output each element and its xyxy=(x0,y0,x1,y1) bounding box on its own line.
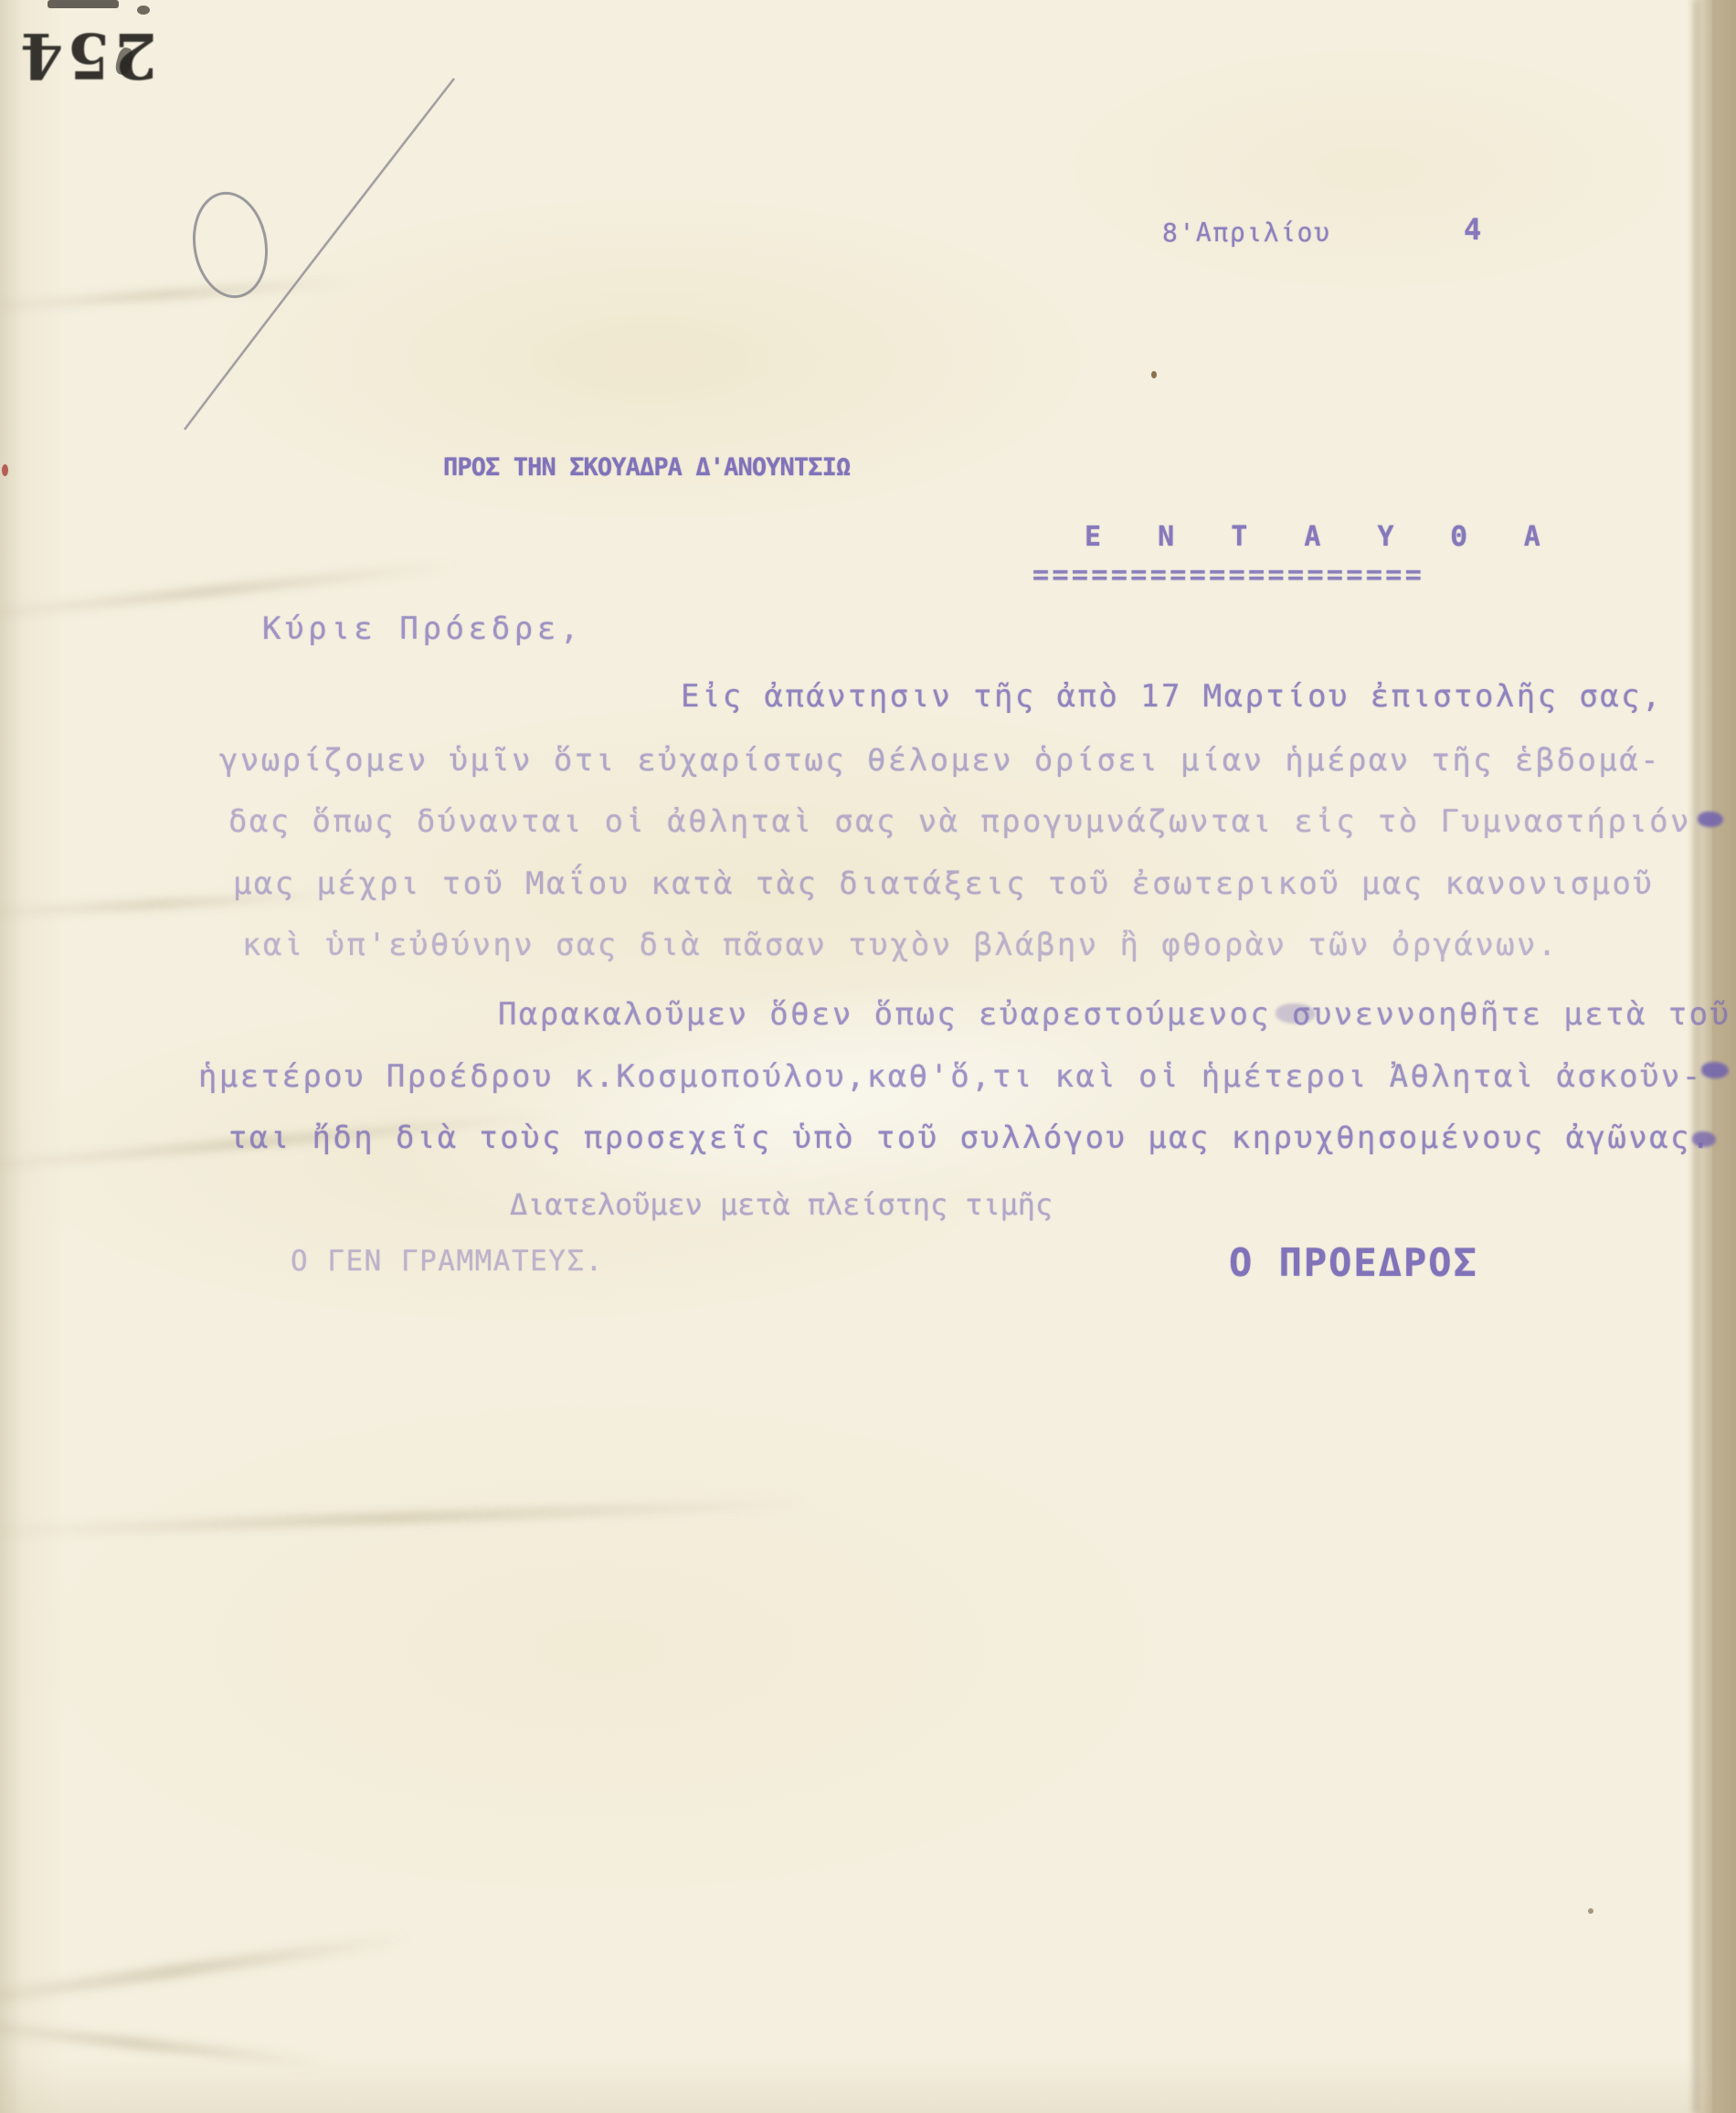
ink-overstrike-mark xyxy=(1276,1003,1316,1024)
body-line: ται ἤδη διὰ τοὺς προσεχεῖς ὑπὸ τοῦ συλλό… xyxy=(228,1120,1712,1156)
closing-line: Διατελοῦμεν μετὰ πλείστης τιμῆς xyxy=(510,1187,1053,1222)
body-line: καὶ ὑπ'εὐθύνην σας διὰ πᾶσαν τυχὸν βλάβη… xyxy=(242,927,1559,963)
body-line: ἡμετέρου Προέδρου κ.Κοσμοπούλου,καθ'ὅ,τι… xyxy=(198,1058,1703,1095)
ink-overstrike-mark xyxy=(1692,1131,1716,1147)
place-underline: ==================== xyxy=(1032,559,1424,591)
body-line: γνωρίζομεν ὑμῖν ὅτι εὐχαρίστως θέλομεν ὁ… xyxy=(219,742,1661,779)
body-line: δας ὅπως δύνανται οἱ ἀθληταὶ σας νὰ προγ… xyxy=(228,803,1691,840)
body-line: Παρακαλοῦμεν ὅθεν ὅπως εὐαρεστούμενος συ… xyxy=(498,996,1731,1033)
place-line: Ε Ν Τ Α Υ Θ Α xyxy=(1085,521,1561,553)
signature-president: Ο ΠΡΟΕΔΡΟΣ xyxy=(1229,1240,1478,1285)
date-text: 8'Απριλίου xyxy=(1162,218,1331,248)
body-line: μας μέχρι τοῦ Μαΐου κατὰ τὰς διατάξεις τ… xyxy=(233,865,1654,902)
recipient-line: ΠΡΟΣ ΤΗΝ ΣΚΟΥΑΔΡΑ Δ'ΑΝΟΥΝΤΣΙΩ xyxy=(443,453,850,482)
salutation: Κύριε Πρόεδρε, xyxy=(262,611,583,647)
scanned-letter-page: 254 8'Απριλίου 4 ΠΡΟΣ ΤΗΝ ΣΚΟΥΑΔΡΑ Δ'ΑΝΟ… xyxy=(0,0,1736,2113)
body-line: Εἰς ἀπάντησιν τῆς ἀπὸ 17 Μαρτίου ἐπιστολ… xyxy=(681,678,1663,715)
ink-overstrike-mark xyxy=(1698,812,1723,827)
signature-secretary: Ο ΓΕΝ ΓΡΑΜΜΑΤΕΥΣ. xyxy=(291,1245,604,1278)
date-day-number: 4 xyxy=(1464,212,1481,247)
pencil-slash-mark xyxy=(185,79,454,430)
pencil-zero-mark xyxy=(187,188,274,303)
pencil-annotations xyxy=(0,0,1736,2113)
ink-overstrike-mark xyxy=(1701,1062,1729,1078)
